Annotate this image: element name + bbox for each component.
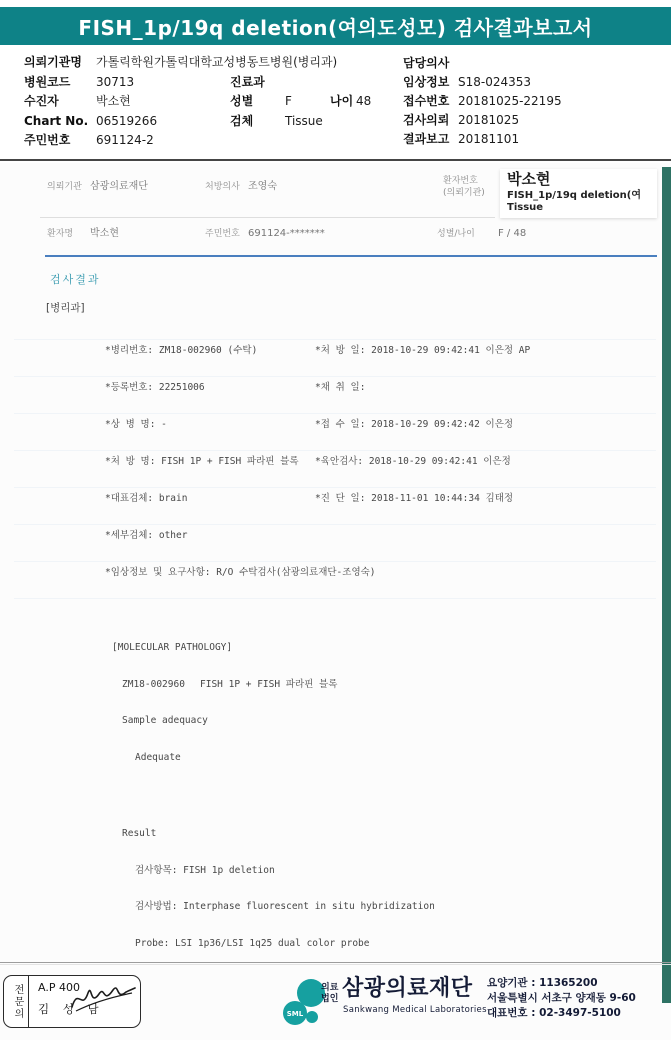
sex-label: 성별 <box>230 95 253 107</box>
patient-no-label-line1: 환자번호 <box>443 177 478 186</box>
row-separator <box>14 524 656 525</box>
molecular-section-header: [MOLECULAR PATHOLOGY] <box>112 643 232 653</box>
referrer-name-label: 의뢰기관명 <box>24 56 82 68</box>
resident-no-value: 691124-2 <box>96 134 154 146</box>
title-banner: FISH_1p/19q deletion(여의도성모) 검사결과보고서 <box>0 7 671 45</box>
blue-divider <box>45 255 657 257</box>
report-window: { "banner": { "title": "FISH_1p/19q dele… <box>0 0 671 1040</box>
footer-divider <box>0 962 671 963</box>
physician-label: 처방의사 <box>205 183 240 192</box>
detail-diagnosis-date: *진 단 일: 2018-11-01 10:44:34 김태정 <box>315 494 513 504</box>
results-section-title: 검사결과 <box>50 274 101 285</box>
chart-no-value: 06519266 <box>96 115 157 127</box>
resident-no-scan-value: 691124-******* <box>248 229 325 239</box>
patient-box-specimen: Tissue <box>507 203 543 213</box>
patient-box-test-name: FISH_1p/19q deletion(여 <box>507 191 641 201</box>
detail-collection-date: *채 취 일: <box>315 383 365 393</box>
requester-value: 삼광의료재단 <box>90 182 148 192</box>
page-edge-teal-bar <box>662 167 671 1003</box>
resident-no-label: 주민번호 <box>24 134 70 146</box>
referrer-name-value: 가톨릭학원가톨릭대학교성병동트병원(병리과) <box>96 56 337 68</box>
signature <box>66 981 140 1017</box>
contact-care-org-no: 요양기관 : 11365200 <box>487 976 598 991</box>
hospital-code-label: 병원코드 <box>24 76 70 88</box>
result-probe: Probe: LSI 1p36/LSI 1q25 dual color prob… <box>135 939 370 949</box>
report-date-label: 결과보고 <box>403 133 449 145</box>
patient-value: 박소현 <box>96 95 131 107</box>
sample-adequacy-label: Sample adequacy <box>122 716 208 726</box>
row-separator <box>14 487 656 488</box>
molecular-order-name: FISH 1P + FISH 파라핀 블록 <box>200 680 337 690</box>
accession-no-value: 20181025-22195 <box>458 95 562 107</box>
specimen-label: 검체 <box>230 115 253 127</box>
sml-logo-text: SML <box>287 1010 304 1018</box>
sex-age-value: F / 48 <box>498 229 526 239</box>
detail-order-name: *처 방 명: FISH 1P + FISH 파라핀 블록 <box>105 457 299 467</box>
result-test-item: 검사항목: FISH 1p deletion <box>135 866 275 876</box>
row-separator <box>14 339 656 340</box>
row-separator <box>14 413 656 414</box>
attending-doctor-label: 담당의사 <box>403 57 449 69</box>
detail-registration-no: *등록번호: 22251006 <box>105 383 205 393</box>
org-type-line2: 법인 <box>321 994 338 1004</box>
department-label: 진료과 <box>230 76 265 88</box>
detail-order-date: *처 방 일: 2018-10-29 09:42:41 이은정 AP <box>315 346 530 356</box>
header-divider <box>0 159 671 161</box>
org-type-line1: 의료 <box>321 983 338 993</box>
row-separator <box>14 450 656 451</box>
specimen-value: Tissue <box>285 115 323 127</box>
physician-value: 조영숙 <box>248 182 277 192</box>
detail-pathology-no: *병리번호: ZM18-002960 (수탁) <box>105 346 257 356</box>
sample-adequacy-value: Adequate <box>135 753 181 763</box>
molecular-order-no: ZM18-002960 <box>122 680 185 690</box>
hospital-code-value: 30713 <box>96 76 134 88</box>
row-separator <box>14 376 656 377</box>
info-row-divider <box>40 217 495 218</box>
patient-no-label-line2: (의뢰기관) <box>443 189 485 198</box>
detail-receipt-date: *접 수 일: 2018-10-29 09:42:42 이은정 <box>315 420 513 430</box>
row-separator <box>14 598 656 599</box>
requester-label: 의뢰기관 <box>47 183 82 192</box>
patient-box-name: 박소현 <box>507 171 550 188</box>
accession-no-label: 접수번호 <box>403 95 449 107</box>
patient-name-label: 환자명 <box>47 230 73 239</box>
chart-no-label: Chart No. <box>24 115 88 127</box>
age-value: 48 <box>356 95 371 107</box>
org-name-english: Sankwang Medical Laboratories <box>343 1006 487 1015</box>
detail-gross-exam: *육안검사: 2018-10-29 09:42:41 이은정 <box>315 457 511 467</box>
certifier-role-label: 전문의 <box>7 976 29 1027</box>
detail-sub-specimen: *세부검체: other <box>105 531 187 541</box>
patient-name-value: 박소현 <box>90 229 119 239</box>
detail-diagnosis-name: *상 병 명: - <box>105 420 167 430</box>
pathology-dept-header: [병리과] <box>46 303 85 314</box>
clinical-info-value: S18-024353 <box>458 76 531 88</box>
report-date-value: 20181101 <box>458 133 519 145</box>
footer-divider-light <box>0 964 671 965</box>
clinical-info-label: 임상정보 <box>403 76 449 88</box>
patient-label: 수진자 <box>24 95 59 107</box>
org-name: 삼광의료재단 <box>342 978 473 1000</box>
row-separator <box>14 561 656 562</box>
age-label: 나이 <box>330 95 353 107</box>
page-title: FISH_1p/19q deletion(여의도성모) 검사결과보고서 <box>78 12 592 41</box>
result-test-method: 검사방법: Interphase fluorescent in situ hyb… <box>135 902 435 912</box>
sex-value: F <box>285 95 292 107</box>
sex-age-label: 성별/나이 <box>437 230 475 239</box>
contact-phone: 대표번호 : 02-3497-5100 <box>487 1006 621 1021</box>
order-date-value: 20181025 <box>458 114 519 126</box>
order-date-label: 검사의뢰 <box>403 114 449 126</box>
detail-main-specimen: *대표검체: brain <box>105 494 187 504</box>
result-label: Result <box>122 829 156 839</box>
clinical-request-line: *임상정보 및 요구사항: R/O 수탁검사(삼광의료재단-조영숙) <box>105 568 376 578</box>
resident-no-scan-label: 주민번호 <box>205 230 240 239</box>
contact-address: 서울특별시 서초구 양재동 9-60 <box>487 991 636 1006</box>
patient-summary-box: 박소현 FISH_1p/19q deletion(여 Tissue <box>500 169 657 218</box>
